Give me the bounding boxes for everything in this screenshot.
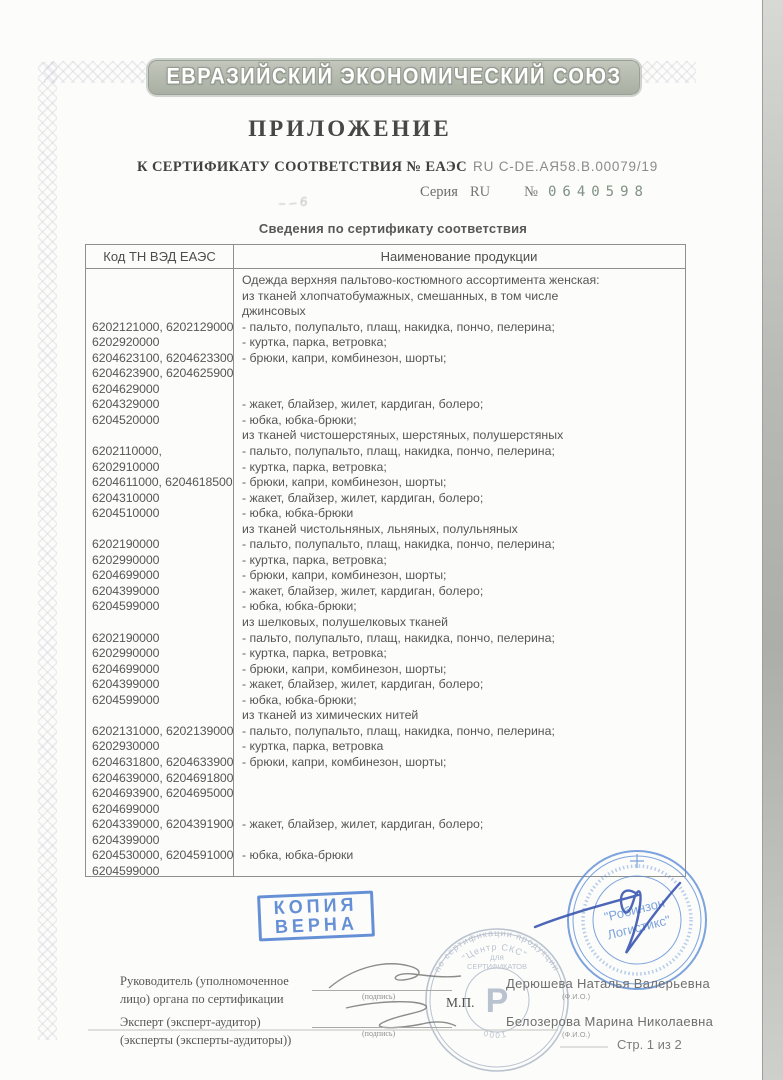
code-cell: 6204520000 bbox=[86, 413, 233, 429]
product-cell bbox=[233, 833, 685, 849]
certificate-table: Код ТН ВЭД ЕАЭС Наименование продукции О… bbox=[85, 244, 686, 877]
table-row: 6204623900, 6204625900, bbox=[86, 366, 685, 382]
code-cell: 6202920000 bbox=[86, 335, 233, 351]
code-cell: 6204693900, 6204695000, bbox=[86, 786, 233, 802]
product-cell: - жакет, блайзер, жилет, кардиган, болер… bbox=[233, 677, 685, 693]
table-row: 6204699000- брюки, капри, комбинезон, шо… bbox=[86, 662, 685, 678]
fio-caption-2: (Ф.И.О.) bbox=[562, 1030, 590, 1039]
product-cell: - куртка, парка, ветровка bbox=[233, 739, 685, 755]
code-cell: 6204510000 bbox=[86, 506, 233, 522]
code-cell: 6204699000 bbox=[86, 802, 233, 818]
fio-name-1: Дерюшева Наталья Валерьевна bbox=[506, 976, 710, 991]
product-cell: - пальто, полупальто, плащ, накидка, пон… bbox=[233, 444, 685, 460]
code-cell: 6202190000 bbox=[86, 537, 233, 553]
role-expert-label: Эксперт (эксперт-аудитор) (эксперты (экс… bbox=[120, 1013, 291, 1049]
code-cell bbox=[86, 304, 233, 320]
table-row: 6204699000- брюки, капри, комбинезон, шо… bbox=[86, 568, 685, 584]
scan-streak-1 bbox=[88, 1029, 558, 1031]
code-cell: 6202131000, 6202139000 bbox=[86, 724, 233, 740]
product-cell: джинсовых bbox=[233, 304, 685, 320]
certificate-subtitle-label: К СЕРТИФИКАТУ СООТВЕТСТВИЯ № ЕАЭС bbox=[137, 159, 467, 175]
code-cell bbox=[86, 289, 233, 305]
seal-place-label: М.П. bbox=[446, 995, 475, 1011]
page-number: Стр. 1 из 2 bbox=[617, 1037, 682, 1052]
code-cell: 6204611000, 6204618500 bbox=[86, 475, 233, 491]
code-cell: 6204399000 bbox=[86, 677, 233, 693]
table-row: 6204693900, 6204695000, bbox=[86, 786, 685, 802]
product-cell: - юбка, юбка-брюки bbox=[233, 848, 685, 864]
table-row: 6204310000- жакет, блайзер, жилет, карди… bbox=[86, 491, 685, 507]
series-number: 0640598 bbox=[548, 184, 649, 200]
table-row: 6202190000- пальто, полупальто, плащ, на… bbox=[86, 631, 685, 647]
product-cell: - куртка, парка, ветровка; bbox=[233, 646, 685, 662]
code-cell: 6204699000 bbox=[86, 662, 233, 678]
table-row: 6204339000, 6204391900,- жакет, блайзер,… bbox=[86, 817, 685, 833]
code-cell bbox=[86, 428, 233, 444]
role-expert-line2: (эксперты (эксперты-аудиторы)) bbox=[120, 1031, 291, 1049]
code-cell: 6204399000 bbox=[86, 833, 233, 849]
table-row: 6204599000 bbox=[86, 864, 685, 880]
series-no-sign: № bbox=[524, 184, 538, 200]
code-cell: 6202190000 bbox=[86, 631, 233, 647]
table-row: 6202920000- куртка, парка, ветровка; bbox=[86, 335, 685, 351]
table-row: 6204399000 bbox=[86, 833, 685, 849]
table-row: 6204530000, 6204591000,- юбка, юбка-брюк… bbox=[86, 848, 685, 864]
table-row: 6202910000- куртка, парка, ветровка; bbox=[86, 460, 685, 476]
table-row: 6204399000- жакет, блайзер, жилет, карди… bbox=[86, 677, 685, 693]
code-cell: 6204530000, 6204591000, bbox=[86, 848, 233, 864]
table-row: Одежда верхняя пальтово-костюмного ассор… bbox=[86, 273, 685, 289]
table-row: 6204639000, 6204691800, bbox=[86, 771, 685, 787]
product-cell: из тканей чистольняных, льняных, полульн… bbox=[233, 522, 685, 538]
product-cell: - куртка, парка, ветровка; bbox=[233, 335, 685, 351]
product-cell: - брюки, капри, комбинезон, шорты; bbox=[233, 662, 685, 678]
code-cell: 6204599000 bbox=[86, 693, 233, 709]
code-cell: 6204629000 bbox=[86, 382, 233, 398]
scan-streak-2 bbox=[560, 1046, 608, 1048]
fio-name-2: Белозерова Марина Николаевна bbox=[506, 1014, 713, 1029]
guilloche-border-left bbox=[38, 62, 57, 1040]
product-cell bbox=[233, 771, 685, 787]
role-head-label: Руководитель (уполномоченное лицо) орган… bbox=[120, 972, 289, 1008]
table-row: 6202990000- куртка, парка, ветровка; bbox=[86, 553, 685, 569]
section-title: Сведения по сертификату соответствия bbox=[0, 221, 783, 236]
table-row: 6204699000 bbox=[86, 802, 685, 818]
product-cell: - юбка, юбка-брюки; bbox=[233, 599, 685, 615]
code-cell: 6204699000 bbox=[86, 568, 233, 584]
product-cell: - юбка, юбка-брюки; bbox=[233, 693, 685, 709]
certificate-number: RU C-DE.АЯ58.В.00079/19 bbox=[473, 159, 658, 174]
scanned-certificate-page: { "colors":{"stamp_blue":"#4d7ecf","stam… bbox=[0, 0, 783, 1080]
table-row: 6204623100, 6204623300,- брюки, капри, к… bbox=[86, 351, 685, 367]
product-cell: - пальто, полупальто, плащ, накидка, пон… bbox=[233, 631, 685, 647]
fio-caption-1: (Ф.И.О.) bbox=[562, 992, 590, 1001]
role-head-line1: Руководитель (уполномоченное bbox=[120, 972, 289, 990]
signature-caption-1: (подпись) bbox=[362, 992, 395, 1001]
product-cell: - брюки, капри, комбинезон, шорты; bbox=[233, 351, 685, 367]
code-cell: 6202121000, 6202129000 bbox=[86, 320, 233, 336]
table-row: 6202990000- куртка, парка, ветровка; bbox=[86, 646, 685, 662]
product-cell: - юбка, юбка-брюки bbox=[233, 506, 685, 522]
table-row: 6204329000- жакет, блайзер, жилет, карди… bbox=[86, 397, 685, 413]
table-header-product: Наименование продукции bbox=[233, 249, 685, 264]
eaeu-banner-text: ЕВРАЗИЙСКИЙ ЭКОНОМИЧЕСКИЙ СОЮЗ bbox=[166, 65, 621, 91]
table-row: 6202121000, 6202129000- пальто, полупаль… bbox=[86, 320, 685, 336]
product-cell: - жакет, блайзер, жилет, кардиган, болер… bbox=[233, 817, 685, 833]
product-cell: - пальто, полупальто, плащ, накидка, пон… bbox=[233, 537, 685, 553]
page-title: ПРИЛОЖЕНИЕ bbox=[0, 116, 700, 142]
role-head-line2: лицо) органа по сертификации bbox=[120, 990, 289, 1008]
series-line: СерияRU№0640598 bbox=[420, 184, 649, 201]
table-row: джинсовых bbox=[86, 304, 685, 320]
product-cell: - пальто, полупальто, плащ, накидка, пон… bbox=[233, 724, 685, 740]
table-row: 6204399000- жакет, блайзер, жилет, карди… bbox=[86, 584, 685, 600]
signature-line-1 bbox=[312, 990, 452, 991]
table-row: 6202110000,- пальто, полупальто, плащ, н… bbox=[86, 444, 685, 460]
signature-line-2 bbox=[312, 1027, 452, 1028]
product-cell: из тканей из химических нитей bbox=[233, 708, 685, 724]
code-cell: 6202990000 bbox=[86, 646, 233, 662]
code-cell: 6204399000 bbox=[86, 584, 233, 600]
code-cell: 6204339000, 6204391900, bbox=[86, 817, 233, 833]
product-cell bbox=[233, 786, 685, 802]
eaeu-header-banner: ЕВРАЗИЙСКИЙ ЭКОНОМИЧЕСКИЙ СОЮЗ bbox=[148, 60, 640, 95]
code-cell: 6202930000 bbox=[86, 739, 233, 755]
code-cell: 6202910000 bbox=[86, 460, 233, 476]
table-row: 6202131000, 6202139000- пальто, полупаль… bbox=[86, 724, 685, 740]
table-row: из тканей хлопчатобумажных, смешанных, в… bbox=[86, 289, 685, 305]
code-cell: 6204623900, 6204625900, bbox=[86, 366, 233, 382]
table-row: 6204599000- юбка, юбка-брюки; bbox=[86, 693, 685, 709]
code-cell: 6202110000, bbox=[86, 444, 233, 460]
product-cell: Одежда верхняя пальтово-костюмного ассор… bbox=[233, 273, 685, 289]
code-cell: 6204623100, 6204623300, bbox=[86, 351, 233, 367]
table-body: Одежда верхняя пальтово-костюмного ассор… bbox=[86, 270, 685, 876]
product-cell: - жакет, блайзер, жилет, кардиган, болер… bbox=[233, 491, 685, 507]
product-cell: - брюки, капри, комбинезон, шорты; bbox=[233, 755, 685, 771]
table-row: 6204629000 bbox=[86, 382, 685, 398]
table-row: 6202190000- пальто, полупальто, плащ, на… bbox=[86, 537, 685, 553]
table-row: из тканей чистольняных, льняных, полульн… bbox=[86, 522, 685, 538]
table-row: из шелковых, полушелковых тканей bbox=[86, 615, 685, 631]
copy-verna-stamp: КОПИЯ ВЕРНА bbox=[257, 890, 375, 941]
series-region: RU bbox=[470, 184, 490, 200]
product-cell: - жакет, блайзер, жилет, кардиган, болер… bbox=[233, 584, 685, 600]
product-cell: - жакет, блайзер, жилет, кардиган, болер… bbox=[233, 397, 685, 413]
table-row: 6202930000- куртка, парка, ветровка bbox=[86, 739, 685, 755]
code-cell: 6204329000 bbox=[86, 397, 233, 413]
table-row: 6204510000- юбка, юбка-брюки bbox=[86, 506, 685, 522]
product-cell: из шелковых, полушелковых тканей bbox=[233, 615, 685, 631]
scan-edge-strip bbox=[762, 0, 783, 1080]
product-cell: - брюки, капри, комбинезон, шорты; bbox=[233, 475, 685, 491]
certificate-subtitle: К СЕРТИФИКАТУ СООТВЕТСТВИЯ № ЕАЭСRU C-DE… bbox=[137, 159, 697, 176]
code-cell: 6204639000, 6204691800, bbox=[86, 771, 233, 787]
product-cell: - куртка, парка, ветровка; bbox=[233, 553, 685, 569]
product-cell: - пальто, полупальто, плащ, накидка, пон… bbox=[233, 320, 685, 336]
code-cell: 6202990000 bbox=[86, 553, 233, 569]
code-cell: 6204599000 bbox=[86, 864, 233, 880]
table-row: 6204599000- юбка, юбка-брюки; bbox=[86, 599, 685, 615]
table-row: из тканей из химических нитей bbox=[86, 708, 685, 724]
code-cell bbox=[86, 273, 233, 289]
product-cell bbox=[233, 864, 685, 880]
product-cell bbox=[233, 366, 685, 382]
code-cell: 6204599000 bbox=[86, 599, 233, 615]
table-row: 6204611000, 6204618500- брюки, капри, ко… bbox=[86, 475, 685, 491]
product-cell: - брюки, капри, комбинезон, шорты; bbox=[233, 568, 685, 584]
product-cell: - юбка, юбка-брюки; bbox=[233, 413, 685, 429]
code-cell bbox=[86, 522, 233, 538]
product-cell bbox=[233, 382, 685, 398]
table-row: 6204631800, 6204633900,- брюки, капри, к… bbox=[86, 755, 685, 771]
product-cell: из тканей хлопчатобумажных, смешанных, в… bbox=[233, 289, 685, 305]
product-cell: из тканей чистошерстяных, шерстяных, пол… bbox=[233, 428, 685, 444]
series-label: Серия bbox=[420, 184, 458, 200]
code-cell bbox=[86, 708, 233, 724]
table-row: 6204520000- юбка, юбка-брюки; bbox=[86, 413, 685, 429]
table-header-row: Код ТН ВЭД ЕАЭС Наименование продукции bbox=[86, 245, 685, 269]
copy-stamp-line2: ВЕРНА bbox=[275, 914, 359, 938]
table-row: из тканей чистошерстяных, шерстяных, пол… bbox=[86, 428, 685, 444]
code-cell: 6204310000 bbox=[86, 491, 233, 507]
table-header-code: Код ТН ВЭД ЕАЭС bbox=[86, 249, 233, 264]
product-cell: - куртка, парка, ветровка; bbox=[233, 460, 685, 476]
code-cell bbox=[86, 615, 233, 631]
code-cell: 6204631800, 6204633900, bbox=[86, 755, 233, 771]
product-cell bbox=[233, 802, 685, 818]
